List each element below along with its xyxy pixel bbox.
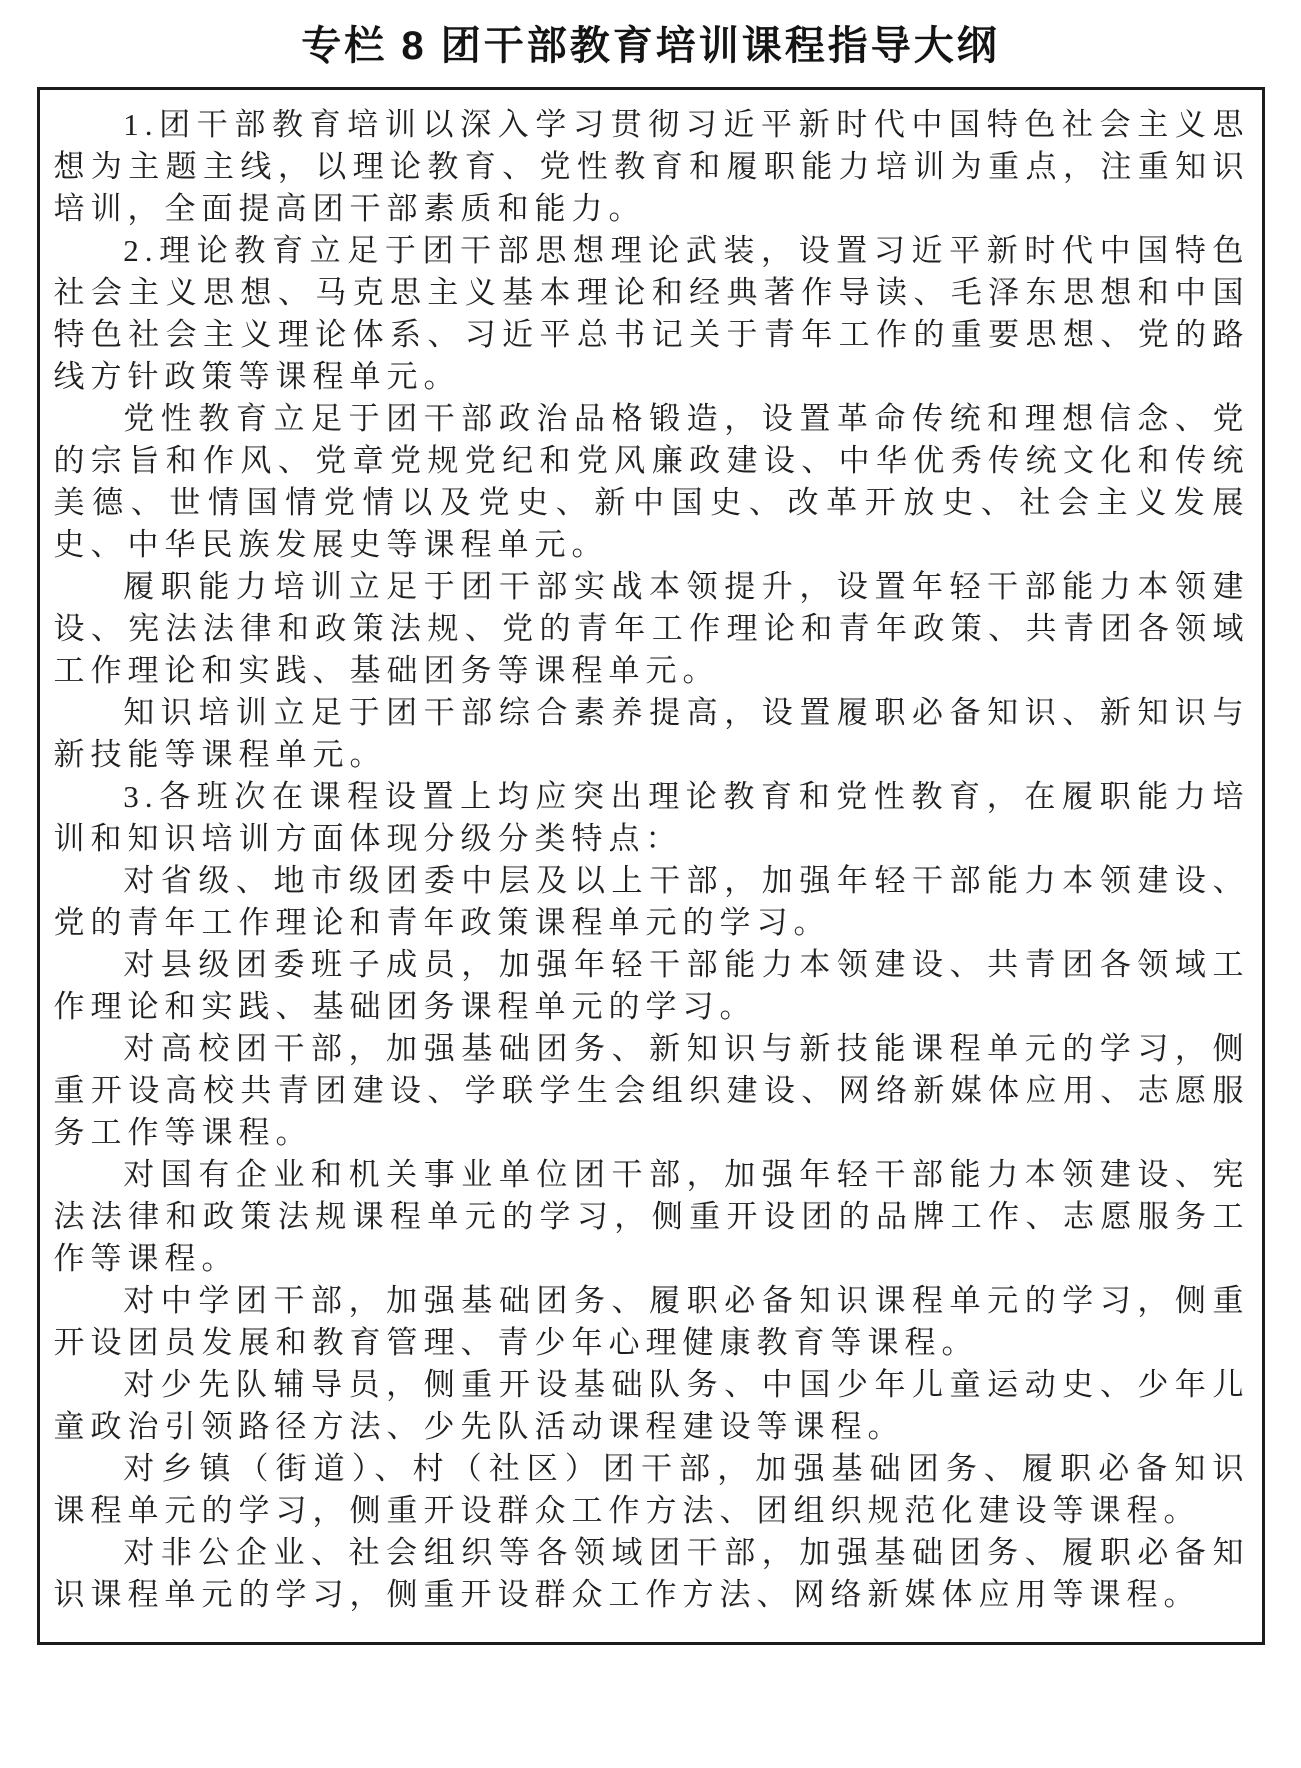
- paragraph: 对高校团干部，加强基础团务、新知识与新技能课程单元的学习，侧重开设高校共青团建设…: [54, 1028, 1250, 1154]
- page-title: 专栏 8 团干部教育培训课程指导大纲: [0, 0, 1301, 70]
- paragraph: 对国有企业和机关事业单位团干部，加强年轻干部能力本领建设、宪法法律和政策法规课程…: [54, 1154, 1250, 1280]
- paragraph: 知识培训立足于团干部综合素养提高，设置履职必备知识、新知识与新技能等课程单元。: [54, 692, 1250, 776]
- paragraph: 2.理论教育立足于团干部思想理论武装，设置习近平新时代中国特色社会主义思想、马克…: [54, 230, 1250, 398]
- paragraph: 履职能力培训立足于团干部实战本领提升，设置年轻干部能力本领建设、宪法法律和政策法…: [54, 566, 1250, 692]
- document-page: 专栏 8 团干部教育培训课程指导大纲 1.团干部教育培训以深入学习贯彻习近平新时…: [0, 0, 1301, 1768]
- paragraph: 对省级、地市级团委中层及以上干部，加强年轻干部能力本领建设、党的青年工作理论和青…: [54, 860, 1250, 944]
- paragraph: 对乡镇（街道）、村（社区）团干部，加强基础团务、履职必备知识课程单元的学习，侧重…: [54, 1448, 1250, 1532]
- paragraph: 对县级团委班子成员，加强年轻干部能力本领建设、共青团各领域工作理论和实践、基础团…: [54, 944, 1250, 1028]
- outline-box: 1.团干部教育培训以深入学习贯彻习近平新时代中国特色社会主义思想为主题主线，以理…: [37, 87, 1265, 1645]
- paragraph: 3.各班次在课程设置上均应突出理论教育和党性教育，在履职能力培训和知识培训方面体…: [54, 776, 1250, 860]
- paragraph: 党性教育立足于团干部政治品格锻造，设置革命传统和理想信念、党的宗旨和作风、党章党…: [54, 398, 1250, 566]
- paragraph: 对非公企业、社会组织等各领域团干部，加强基础团务、履职必备知识课程单元的学习，侧…: [54, 1532, 1250, 1616]
- paragraph: 对中学团干部，加强基础团务、履职必备知识课程单元的学习，侧重开设团员发展和教育管…: [54, 1280, 1250, 1364]
- paragraph: 1.团干部教育培训以深入学习贯彻习近平新时代中国特色社会主义思想为主题主线，以理…: [54, 104, 1250, 230]
- paragraph: 对少先队辅导员，侧重开设基础队务、中国少年儿童运动史、少年儿童政治引领路径方法、…: [54, 1364, 1250, 1448]
